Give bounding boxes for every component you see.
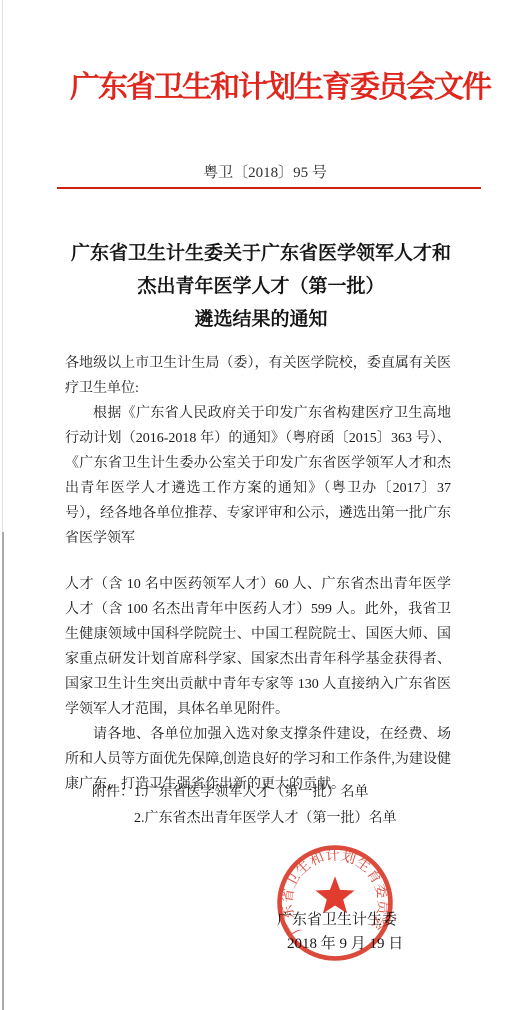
body-paragraph-1-continued: 人才（含 10 名中医药领军人才）60 人、广东省杰出青年医学人才（含 100 … [65,572,451,722]
document-title: 广东省卫生计生委关于广东省医学领军人才和 杰出青年医学人才（第一批） 遴选结果的… [0,237,516,336]
document-title-line-2: 杰出青年医学人才（第一批） [6,270,516,303]
document-title-line-1: 广东省卫生计生委关于广东省医学领军人才和 [6,237,516,270]
seal-star [315,876,354,913]
document-page: 广东省卫生和计划生育委员会文件 粤卫〔2018〕95 号 广东省卫生计生委关于广… [0,0,516,1010]
salutation: 各地级以上市卫生计生局（委），有关医学院校，委直属有关医疗卫生单位: [65,351,451,401]
document-body: 各地级以上市卫生计生局（委），有关医学院校，委直属有关医疗卫生单位: 根据《广东… [65,351,451,797]
official-seal: 广东省卫生和计划生育委员会 [258,826,412,980]
body-paragraph-1: 根据《广东省人民政府关于印发广东省构建医疗卫生高地行动计划（2016-2018 … [65,401,451,551]
attachment-item-1: 1.广东省医学领军人才（第一批）名单 [134,780,397,806]
org-header-title: 广东省卫生和计划生育委员会文件 [0,62,516,106]
doc-number: 粤卫〔2018〕95 号 [0,161,516,182]
attachment-label: 附件： [92,780,134,832]
red-separator-line [57,187,481,189]
attachment-list: 附件： 1.广东省医学领军人才（第一批）名单 2.广东省杰出青年医学人才（第一批… [92,780,397,832]
document-title-line-3: 遴选结果的通知 [6,303,516,336]
page-edge-artifact [2,532,4,1010]
